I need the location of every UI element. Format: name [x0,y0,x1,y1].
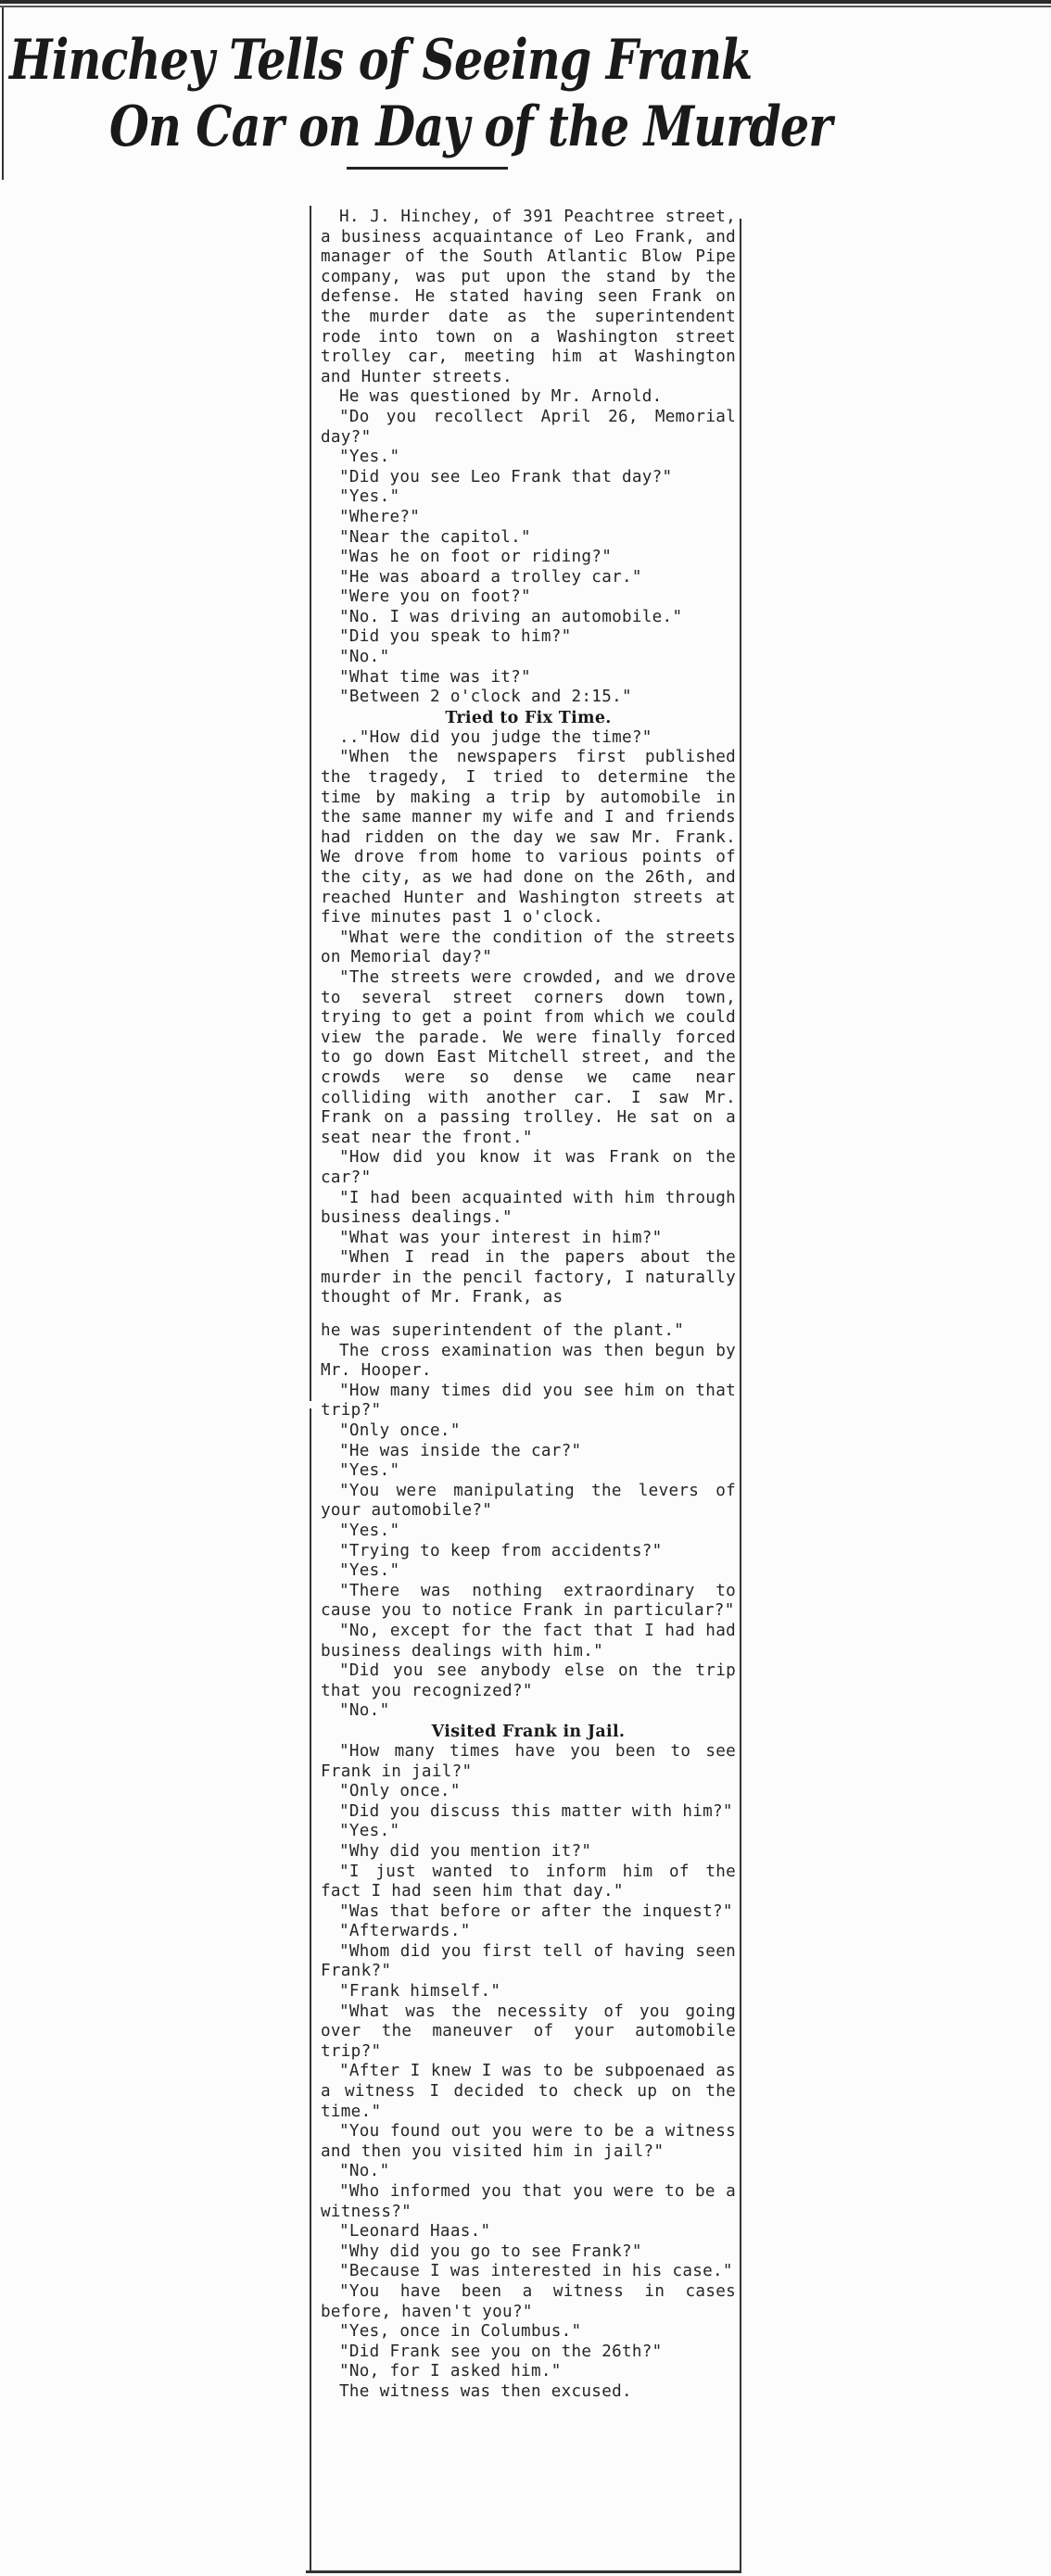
bottom-rule [306,2570,741,2573]
paragraph: "Where?" [321,508,736,528]
paragraph: "Afterwards." [321,1922,736,1942]
section-jail-visit: "How many times have you been to see Fra… [321,1742,736,1942]
paragraph: "No, for I asked him." [321,2362,736,2382]
top-rule-secondary [0,6,1051,7]
headline-line-2: On Car on Day of the Murder [109,95,831,159]
subhead-visited-frank-in-jail: Visited Frank in Jail. [321,1722,736,1742]
section-cross-examination: The cross examination was then begun by … [321,1342,736,1722]
paragraph: "Leonard Haas." [321,2222,736,2242]
paragraph: "Why did you mention it?" [321,1842,736,1863]
top-rule [0,0,1051,4]
paragraph: He was questioned by Mr. Arnold. [321,387,736,408]
paragraph: "Only once." [321,1421,736,1442]
paragraph: "When the newspapers first published the… [321,748,736,928]
column-right-rule-lower [740,1388,741,2572]
paragraph: "No, except for the fact that I had had … [321,1622,736,1661]
paragraph: "What were the condition of the streets … [321,928,736,968]
section-direct-examination: He was questioned by Mr. Arnold."Do you … [321,387,736,708]
paragraph: "Was he on foot or riding?" [321,548,736,568]
paragraph-continuation: he was superintendent of the plant." [321,1321,736,1342]
headline-left-rule [2,7,4,180]
paragraph: "Did you see anybody else on the trip th… [321,1661,736,1701]
paragraph: "Yes." [321,487,736,508]
paragraph: "Because I was interested in his case." [321,2262,736,2282]
paragraph: "I just wanted to inform him of the fact… [321,1863,736,1902]
paragraph: "Did Frank see you on the 26th?" [321,2342,736,2363]
article-intro: H. J. Hinchey, of 391 Peachtree street, … [321,208,736,387]
paragraph: "No. I was driving an automobile." [321,608,736,628]
paragraph: "Only once." [321,1782,736,1802]
paragraph: "What was the necessity of you going ove… [321,2002,736,2063]
paragraph: The witness was then excused. [321,2382,736,2403]
section-final-questions: "Whom did you first tell of having seen … [321,1942,736,2403]
paragraph: The cross examination was then begun by … [321,1342,736,1382]
headline-line-1: Hinchey Tells of Seeing Frank [9,28,752,93]
paragraph: "Between 2 o'clock and 2:15." [321,688,736,708]
paragraph: "Whom did you first tell of having seen … [321,1942,736,1982]
paragraph: "What was your interest in him?" [321,1229,736,1249]
paragraph: "Yes." [321,1561,736,1582]
paragraph: "Did you discuss this matter with him?" [321,1802,736,1823]
subhead-tried-to-fix-time: Tried to Fix Time. [321,708,736,728]
paragraph: "Did you speak to him?" [321,627,736,648]
paragraph: "You have been a witness in cases before… [321,2282,736,2322]
paragraph: "Yes." [321,1522,736,1542]
column-left-rule-lower [310,1408,311,2572]
paragraph: "You found out you were to be a witness … [321,2122,736,2162]
paragraph: "Were you on foot?" [321,587,736,608]
paragraph: "He was aboard a trolley car." [321,568,736,588]
paragraph: "Yes." [321,1822,736,1842]
paragraph: "Near the capitol." [321,528,736,549]
paragraph: "What time was it?" [321,668,736,688]
paragraph: "After I knew I was to be subpoenaed as … [321,2062,736,2122]
paragraph: "The streets were crowded, and we drove … [321,968,736,1148]
paragraph: "Yes." [321,1461,736,1482]
paragraph: "Do you recollect April 26, Memorial day… [321,408,736,448]
paragraph: "Was that before or after the inquest?" [321,1902,736,1923]
paragraph: "Did you see Leo Frank that day?" [321,468,736,488]
paragraph: "How many times have you been to see Fra… [321,1742,736,1782]
section-fix-time: .."How did you judge the time?""When the… [321,728,736,1308]
column-left-rule [310,206,311,1401]
paragraph: "Trying to keep from accidents?" [321,1542,736,1562]
paragraph: "He was inside the car?" [321,1442,736,1462]
paragraph: "Yes." [321,448,736,468]
paragraph: "Yes, once in Columbus." [321,2322,736,2342]
paragraph: "I had been acquainted with him through … [321,1189,736,1229]
paragraph: "How many times did you see him on that … [321,1382,736,1421]
paragraph: "No." [321,1701,736,1722]
paragraph: "Who informed you that you were to be a … [321,2182,736,2222]
paragraph: "When I read in the papers about the mur… [321,1248,736,1308]
article-column: H. J. Hinchey, of 391 Peachtree street, … [321,208,736,2403]
column-right-rule [740,219,741,1388]
paragraph: "There was nothing extraordinary to caus… [321,1582,736,1622]
column-break [321,1308,736,1321]
paragraph: "You were manipulating the levers of you… [321,1482,736,1522]
paragraph: "Why did you go to see Frank?" [321,2242,736,2263]
paragraph: .."How did you judge the time?" [321,728,736,749]
headline-underline [347,167,508,170]
paragraph: "No." [321,2162,736,2182]
paragraph: "Frank himself." [321,1982,736,2002]
paragraph: "No." [321,648,736,668]
paragraph: "How did you know it was Frank on the ca… [321,1148,736,1188]
